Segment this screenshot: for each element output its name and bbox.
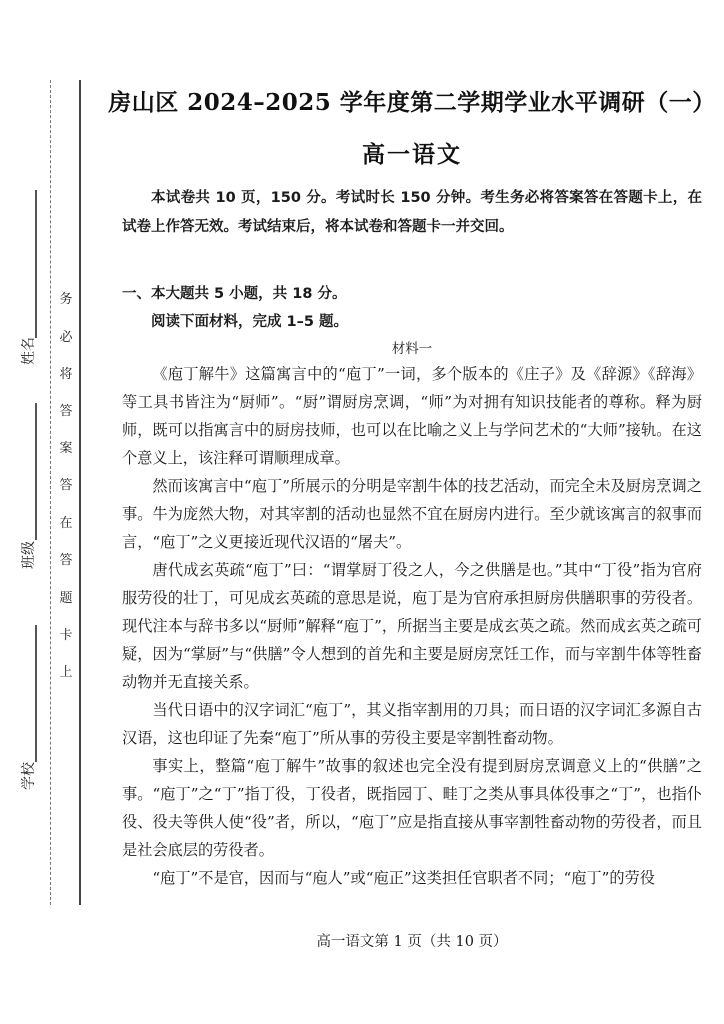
- paragraph: 唐代成玄英疏“庖丁”曰：“谓掌厨丁役之人，今之供膳是也。”其中“丁役”指为官府服…: [122, 556, 702, 696]
- notice-char: 在: [57, 512, 75, 531]
- school-fill-line[interactable]: [35, 625, 37, 762]
- name-fill-line[interactable]: [35, 190, 37, 338]
- class-label: 班级: [18, 549, 38, 569]
- material-title: 材料一: [100, 337, 724, 357]
- page-footer: 高一语文第 1 页（共 10 页）: [100, 930, 724, 951]
- material-body: 《庖丁解牛》这篇寓言中的“庖丁”一词，多个版本的《庄子》及《辞源》《辞海》等工具…: [122, 360, 702, 892]
- paragraph: 《庖丁解牛》这篇寓言中的“庖丁”一词，多个版本的《庄子》及《辞源》《辞海》等工具…: [122, 360, 702, 472]
- paragraph: “庖丁”不是官，因而与“庖人”或“庖正”这类担任官职者不同；“庖丁”的劳役: [122, 864, 702, 892]
- name-label: 姓名: [18, 345, 38, 365]
- paragraph: 当代日语中的汉字词汇“庖丁”，其义指宰割用的刀具；而日语的汉字词汇多源自古汉语，…: [122, 696, 702, 752]
- paragraph: 事实上，整篇“庖丁解牛”故事的叙述也完全没有提到厨房烹调意义上的“供膳”之事。“…: [122, 752, 702, 864]
- notice-char: 将: [57, 363, 75, 382]
- class-fill-line[interactable]: [35, 403, 37, 540]
- notice-char: 务: [57, 288, 75, 307]
- exam-title: 房山区 2024–2025 学年度第二学期学业水平调研（一）: [100, 84, 724, 117]
- notice-char: 必: [57, 326, 75, 345]
- school-label: 学校: [18, 770, 38, 790]
- section-heading: 一、本大题共 5 小题，共 18 分。: [122, 280, 702, 308]
- exam-subject: 高一语文: [100, 136, 724, 169]
- notice-char: 答: [57, 400, 75, 419]
- section-subheading: 阅读下面材料，完成 1–5 题。: [122, 308, 702, 336]
- binding-border-line: [79, 80, 81, 905]
- notice-char: 题: [57, 587, 75, 606]
- notice-char: 答: [57, 549, 75, 568]
- exam-instructions: 本试卷共 10 页，150 分。考试时长 150 分钟。考生务必将答案答在答题卡…: [122, 184, 702, 242]
- notice-char: 案: [57, 437, 75, 456]
- paragraph: 然而该寓言中“庖丁”所展示的分明是宰割牛体的技艺活动，而完全未及厨房烹调之事。牛…: [122, 472, 702, 556]
- binding-cut-line: [50, 80, 51, 905]
- notice-char: 卡: [57, 624, 75, 643]
- notice-char: 上: [57, 661, 75, 680]
- notice-char: 答: [57, 474, 75, 493]
